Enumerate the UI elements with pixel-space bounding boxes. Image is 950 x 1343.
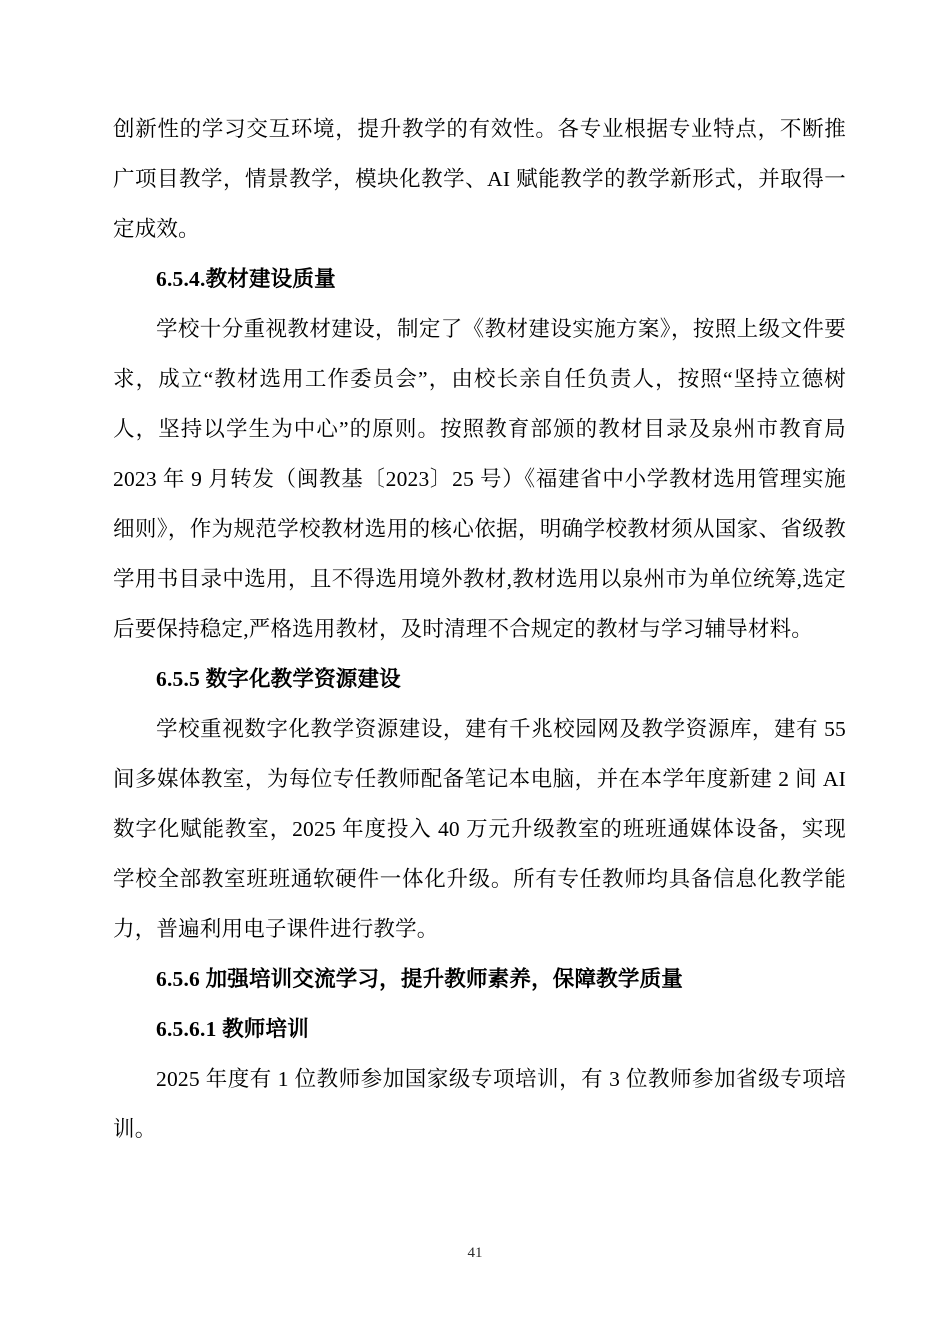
section-heading-6-5-4: 6.5.4.教材建设质量 xyxy=(113,254,846,304)
paragraph-textbook-quality: 学校十分重视教材建设，制定了《教材建设实施方案》，按照上级文件要求，成立“教材选… xyxy=(113,304,846,654)
page-number: 41 xyxy=(0,1243,950,1263)
paragraph-digital-resources: 学校重视数字化教学资源建设，建有千兆校园网及教学资源库，建有 55 间多媒体教室… xyxy=(113,704,846,954)
document-page: 创新性的学习交互环境，提升教学的有效性。各专业根据专业特点，不断推广项目教学，情… xyxy=(0,0,950,1343)
section-heading-6-5-6-1: 6.5.6.1 教师培训 xyxy=(113,1004,846,1054)
paragraph-continuation: 创新性的学习交互环境，提升教学的有效性。各专业根据专业特点，不断推广项目教学，情… xyxy=(113,104,846,254)
paragraph-teacher-training: 2025 年度有 1 位教师参加国家级专项培训，有 3 位教师参加省级专项培训。 xyxy=(113,1054,846,1154)
section-heading-6-5-6: 6.5.6 加强培训交流学习，提升教师素养，保障教学质量 xyxy=(113,954,846,1004)
section-heading-6-5-5: 6.5.5 数字化教学资源建设 xyxy=(113,654,846,704)
